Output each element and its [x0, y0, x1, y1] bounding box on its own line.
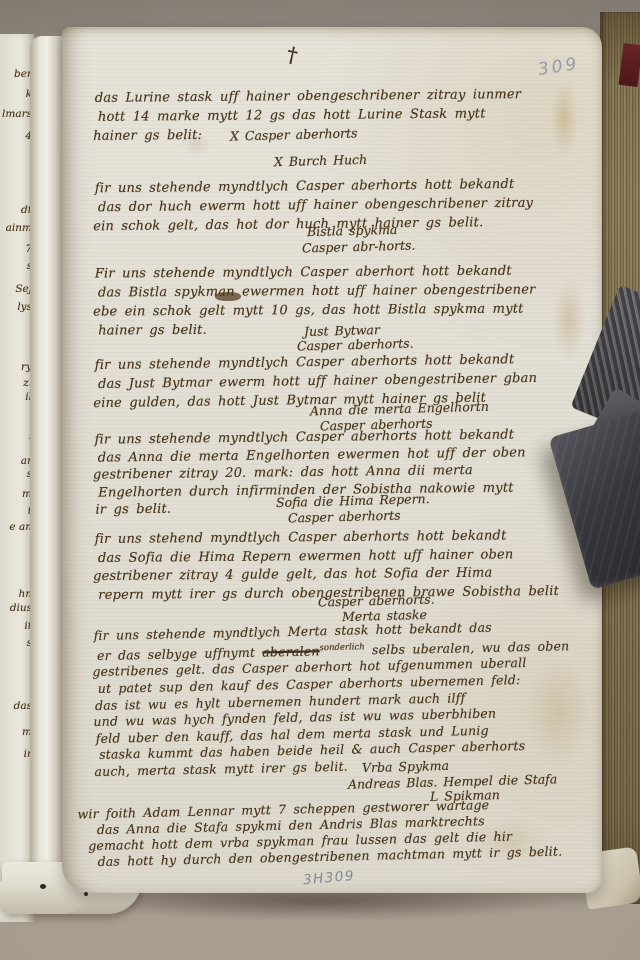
signature: Casper aberhorts. — [297, 335, 414, 353]
verso-text-fragment: ainm — [6, 222, 32, 234]
struck-word: aberalen — [262, 643, 320, 659]
dark-speck — [40, 884, 46, 889]
book-cover-edge — [619, 43, 640, 87]
paper-stain — [550, 79, 578, 157]
interlinear-insertion: sonderlich — [319, 642, 364, 653]
paper-stain — [552, 277, 586, 363]
entry-block-8: wir foith Adam Lennar mytt 7 scheppen ge… — [77, 796, 559, 871]
signature: X Burch Huch — [274, 152, 367, 169]
heading-cross-mark: † — [285, 42, 300, 68]
folio-number-pencil: 309 — [537, 54, 581, 80]
signature: Casper aberhorts — [288, 508, 401, 526]
verso-text-fragment: e an — [9, 521, 32, 533]
signature: Casper abr-horts. — [302, 238, 416, 256]
archive-number-pencil: 3H309 — [302, 868, 355, 888]
curled-page-edges — [30, 36, 66, 914]
verso-text-fragment: lmars — [2, 108, 32, 120]
entry-block-7: fir uns stehende myndtlych Merta stask h… — [93, 618, 568, 780]
verso-text-fragment: dius — [10, 602, 32, 614]
manuscript-page: † 309 das Lurine stask uff hainer obenge… — [62, 27, 602, 893]
previous-page-edge: ber k lmars 4 dt ainm 7 s Sej lys ry z. … — [0, 34, 34, 922]
entry-block-6: fir uns stehend myndtlych Casper aberhor… — [95, 527, 556, 605]
dark-speck — [84, 892, 88, 896]
line-text: er das selbyge uffnymt — [97, 644, 263, 662]
manuscript-photograph: ber k lmars 4 dt ainm 7 s Sej lys ry z. … — [0, 0, 640, 960]
signature: Bistla spykma — [307, 222, 398, 239]
signature: Vrba Spykma — [362, 758, 449, 775]
